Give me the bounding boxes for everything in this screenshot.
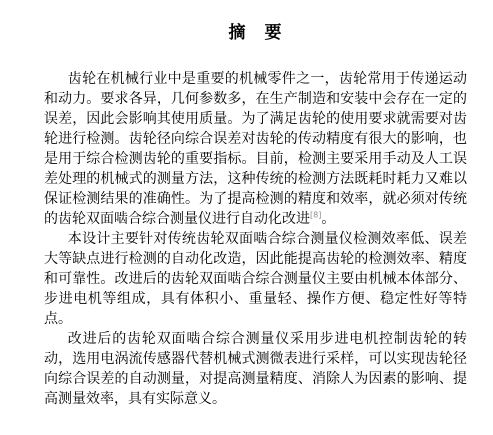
abstract-page: 摘 要 齿轮在机械行业中是重要的机械零件之一，齿轮常用于传递运动和动力。要求各异… bbox=[0, 0, 493, 435]
page-title: 摘 要 bbox=[44, 18, 467, 43]
paragraph-1-text: 齿轮在机械行业中是重要的机械零件之一，齿轮常用于传递运动和动力。要求各异，几何参… bbox=[44, 71, 467, 227]
abstract-paragraph-3: 改进后的齿轮双面啮合综合测量仪采用步进电机控制齿轮的转动，选用电涡流传感器代替机… bbox=[44, 329, 467, 409]
citation-reference: [8] bbox=[310, 210, 321, 219]
paragraph-1-period: 。 bbox=[321, 211, 335, 227]
abstract-paragraph-2: 本设计主要针对传统齿轮双面啮合综合测量仪检测效率低、误差大等缺点进行检测的自动化… bbox=[44, 229, 467, 329]
abstract-paragraph-1: 齿轮在机械行业中是重要的机械零件之一，齿轮常用于传递运动和动力。要求各异，几何参… bbox=[44, 69, 467, 229]
